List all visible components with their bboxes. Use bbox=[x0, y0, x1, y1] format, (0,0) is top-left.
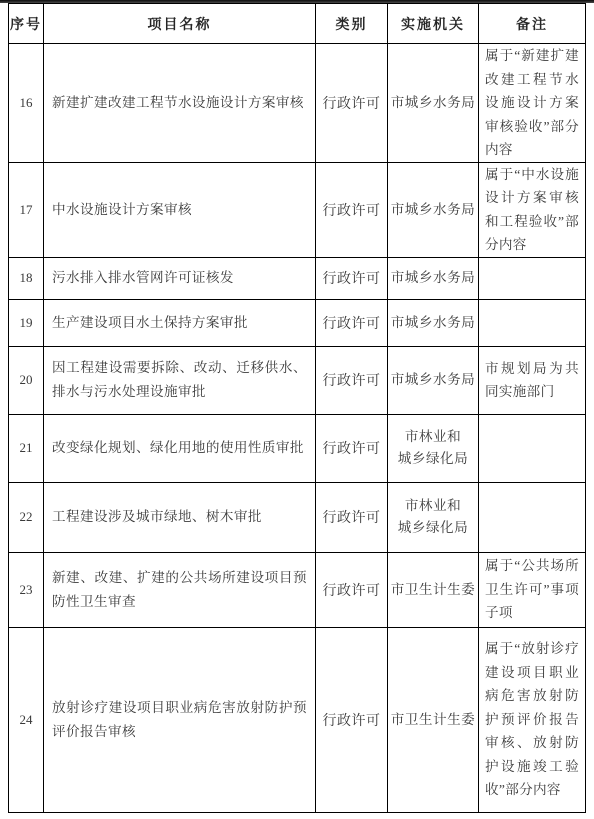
cell-serial-number: 24 bbox=[9, 627, 44, 812]
cell-category: 行政许可 bbox=[316, 162, 388, 257]
table-row: 22 工程建设涉及城市绿地、树木审批 行政许可 市林业和 城乡绿化局 bbox=[9, 482, 586, 552]
col-header-category: 类别 bbox=[316, 4, 388, 44]
cell-project-name: 生产建设项目水土保持方案审批 bbox=[44, 299, 316, 346]
table-row: 19 生产建设项目水土保持方案审批 行政许可 市城乡水务局 bbox=[9, 299, 586, 346]
cell-serial-number: 21 bbox=[9, 414, 44, 482]
cell-project-name: 新建、改建、扩建的公共场所建设项目预防性卫生审查 bbox=[44, 552, 316, 627]
cell-category: 行政许可 bbox=[316, 257, 388, 299]
cell-implementing-agency: 市城乡水务局 bbox=[388, 346, 479, 414]
cell-implementing-agency: 市城乡水务局 bbox=[388, 44, 479, 163]
cell-serial-number: 18 bbox=[9, 257, 44, 299]
cell-category: 行政许可 bbox=[316, 299, 388, 346]
cell-implementing-agency: 市城乡水务局 bbox=[388, 162, 479, 257]
approval-items-table: 序号 项目名称 类别 实施机关 备注 16 新建扩建改建工程节水设施设计方案审核… bbox=[8, 3, 586, 813]
cell-category: 行政许可 bbox=[316, 44, 388, 163]
table-row: 18 污水排入排水管网许可证核发 行政许可 市城乡水务局 bbox=[9, 257, 586, 299]
table-body: 16 新建扩建改建工程节水设施设计方案审核 行政许可 市城乡水务局 属于“新建扩… bbox=[9, 44, 586, 813]
table-row: 24 放射诊疗建设项目职业病危害放射防护预评价报告审核 行政许可 市卫生计生委 … bbox=[9, 627, 586, 812]
cell-remarks: 市规划局为共同实施部门 bbox=[479, 346, 586, 414]
cell-implementing-agency: 市城乡水务局 bbox=[388, 257, 479, 299]
cell-project-name: 污水排入排水管网许可证核发 bbox=[44, 257, 316, 299]
cell-project-name: 放射诊疗建设项目职业病危害放射防护预评价报告审核 bbox=[44, 627, 316, 812]
cell-implementing-agency: 市卫生计生委 bbox=[388, 627, 479, 812]
cell-remarks bbox=[479, 257, 586, 299]
cell-category: 行政许可 bbox=[316, 627, 388, 812]
cell-serial-number: 20 bbox=[9, 346, 44, 414]
col-header-project-name: 项目名称 bbox=[44, 4, 316, 44]
cell-category: 行政许可 bbox=[316, 346, 388, 414]
cell-implementing-agency: 市林业和 城乡绿化局 bbox=[388, 482, 479, 552]
cell-implementing-agency: 市林业和 城乡绿化局 bbox=[388, 414, 479, 482]
cell-remarks: 属于“放射诊疗建设项目职业病危害放射防护预评价报告审核、放射防护设施竣工验收”部… bbox=[479, 627, 586, 812]
cell-project-name: 因工程建设需要拆除、改动、迁移供水、排水与污水处理设施审批 bbox=[44, 346, 316, 414]
col-header-implementing-agency: 实施机关 bbox=[388, 4, 479, 44]
cell-serial-number: 23 bbox=[9, 552, 44, 627]
cell-project-name: 工程建设涉及城市绿地、树木审批 bbox=[44, 482, 316, 552]
cell-remarks bbox=[479, 414, 586, 482]
table-row: 21 改变绿化规划、绿化用地的使用性质审批 行政许可 市林业和 城乡绿化局 bbox=[9, 414, 586, 482]
cell-remarks bbox=[479, 482, 586, 552]
cell-remarks: 属于“中水设施设计方案审核和工程验收”部分内容 bbox=[479, 162, 586, 257]
cell-remarks: 属于“新建扩建改建工程节水设施设计方案审核验收”部分内容 bbox=[479, 44, 586, 163]
cell-serial-number: 19 bbox=[9, 299, 44, 346]
table-row: 17 中水设施设计方案审核 行政许可 市城乡水务局 属于“中水设施设计方案审核和… bbox=[9, 162, 586, 257]
cell-category: 行政许可 bbox=[316, 552, 388, 627]
table-row: 23 新建、改建、扩建的公共场所建设项目预防性卫生审查 行政许可 市卫生计生委 … bbox=[9, 552, 586, 627]
col-header-remarks: 备注 bbox=[479, 4, 586, 44]
cell-category: 行政许可 bbox=[316, 482, 388, 552]
cell-remarks: 属于“公共场所卫生许可”事项子项 bbox=[479, 552, 586, 627]
cell-remarks bbox=[479, 299, 586, 346]
table-header-row: 序号 项目名称 类别 实施机关 备注 bbox=[9, 4, 586, 44]
cell-serial-number: 17 bbox=[9, 162, 44, 257]
cell-implementing-agency: 市卫生计生委 bbox=[388, 552, 479, 627]
col-header-serial-number: 序号 bbox=[9, 4, 44, 44]
cell-serial-number: 22 bbox=[9, 482, 44, 552]
cell-serial-number: 16 bbox=[9, 44, 44, 163]
table-row: 20 因工程建设需要拆除、改动、迁移供水、排水与污水处理设施审批 行政许可 市城… bbox=[9, 346, 586, 414]
table-row: 16 新建扩建改建工程节水设施设计方案审核 行政许可 市城乡水务局 属于“新建扩… bbox=[9, 44, 586, 163]
cell-implementing-agency: 市城乡水务局 bbox=[388, 299, 479, 346]
cell-category: 行政许可 bbox=[316, 414, 388, 482]
cell-project-name: 新建扩建改建工程节水设施设计方案审核 bbox=[44, 44, 316, 163]
cell-project-name: 中水设施设计方案审核 bbox=[44, 162, 316, 257]
cell-project-name: 改变绿化规划、绿化用地的使用性质审批 bbox=[44, 414, 316, 482]
